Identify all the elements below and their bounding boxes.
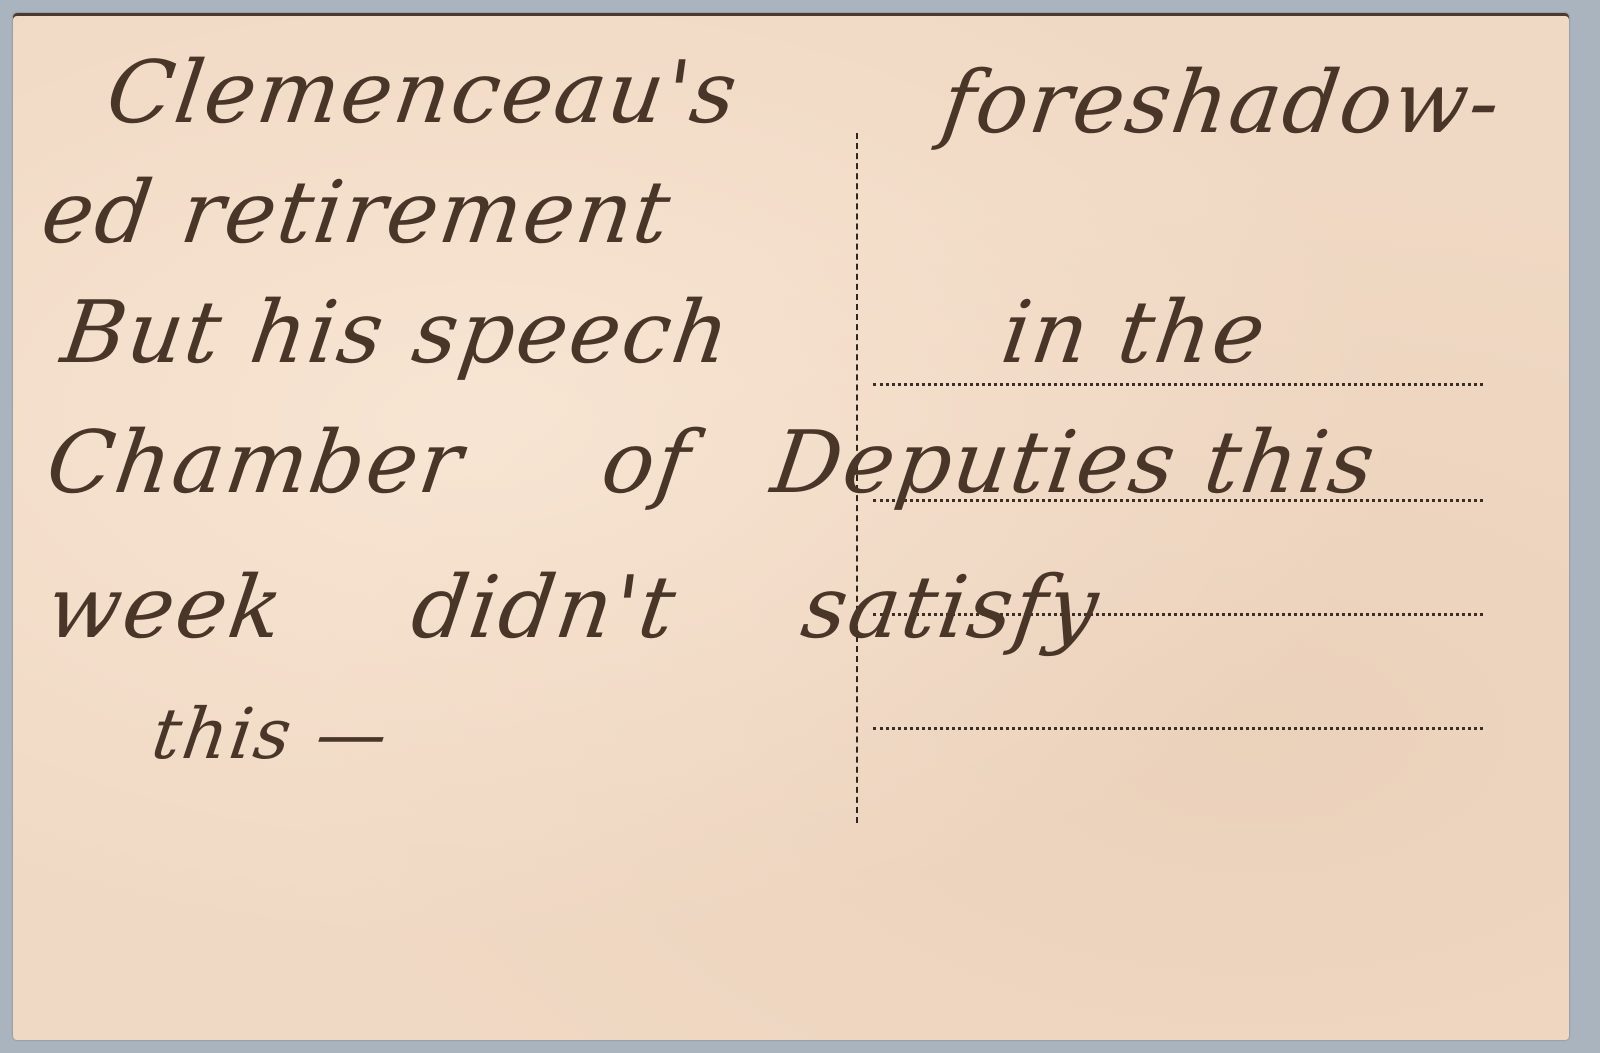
handwriting-line-5b: didn't [406, 558, 683, 658]
handwriting-line-4c: Deputies this [766, 413, 1382, 513]
handwriting-line-6: this — [147, 693, 394, 775]
handwriting-line-2: ed retirement [36, 163, 678, 263]
handwriting-line-5a: week [41, 558, 291, 658]
handwriting-line-3a: But his speech [56, 283, 737, 383]
handwriting-line-1b: foreshadow- [936, 53, 1508, 153]
handwriting-line-3b: in the [996, 283, 1273, 383]
handwriting-line-1a: Clemenceau's [101, 43, 745, 143]
handwriting-line-5c: satisfy [796, 558, 1106, 658]
address-line-1 [873, 383, 1483, 386]
handwriting-line-4a: Chamber [41, 413, 470, 513]
postcard-back: Clemenceau's foreshadow- ed retirement B… [13, 13, 1569, 1040]
handwriting-line-4b: of [596, 413, 698, 513]
address-line-4 [873, 727, 1483, 730]
